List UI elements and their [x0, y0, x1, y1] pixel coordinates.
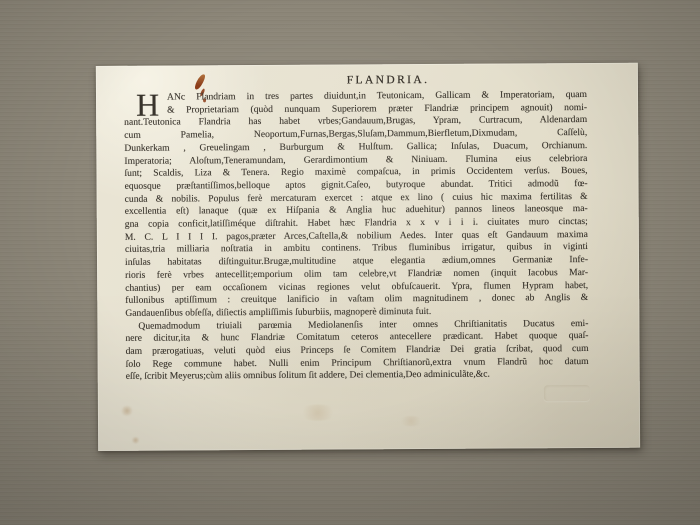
- foxing-spot: [398, 416, 424, 426]
- text-line: eſſe, ſcribit Meyerus;cùm aliis omnibus …: [126, 368, 589, 384]
- foxing-spot: [298, 405, 338, 421]
- blind-stamp: [544, 385, 590, 401]
- text-block: H ANc Flandriam in tres partes diuidunt,…: [124, 89, 589, 384]
- foxing-spot: [131, 437, 140, 444]
- photo-backdrop: FLANDRIA. H ANc Flandriam in tres partes…: [0, 0, 700, 525]
- document-page: FLANDRIA. H ANc Flandriam in tres partes…: [96, 63, 640, 451]
- foxing-spot: [120, 406, 134, 416]
- page-title: FLANDRIA.: [138, 73, 638, 88]
- drop-cap: H: [134, 93, 161, 117]
